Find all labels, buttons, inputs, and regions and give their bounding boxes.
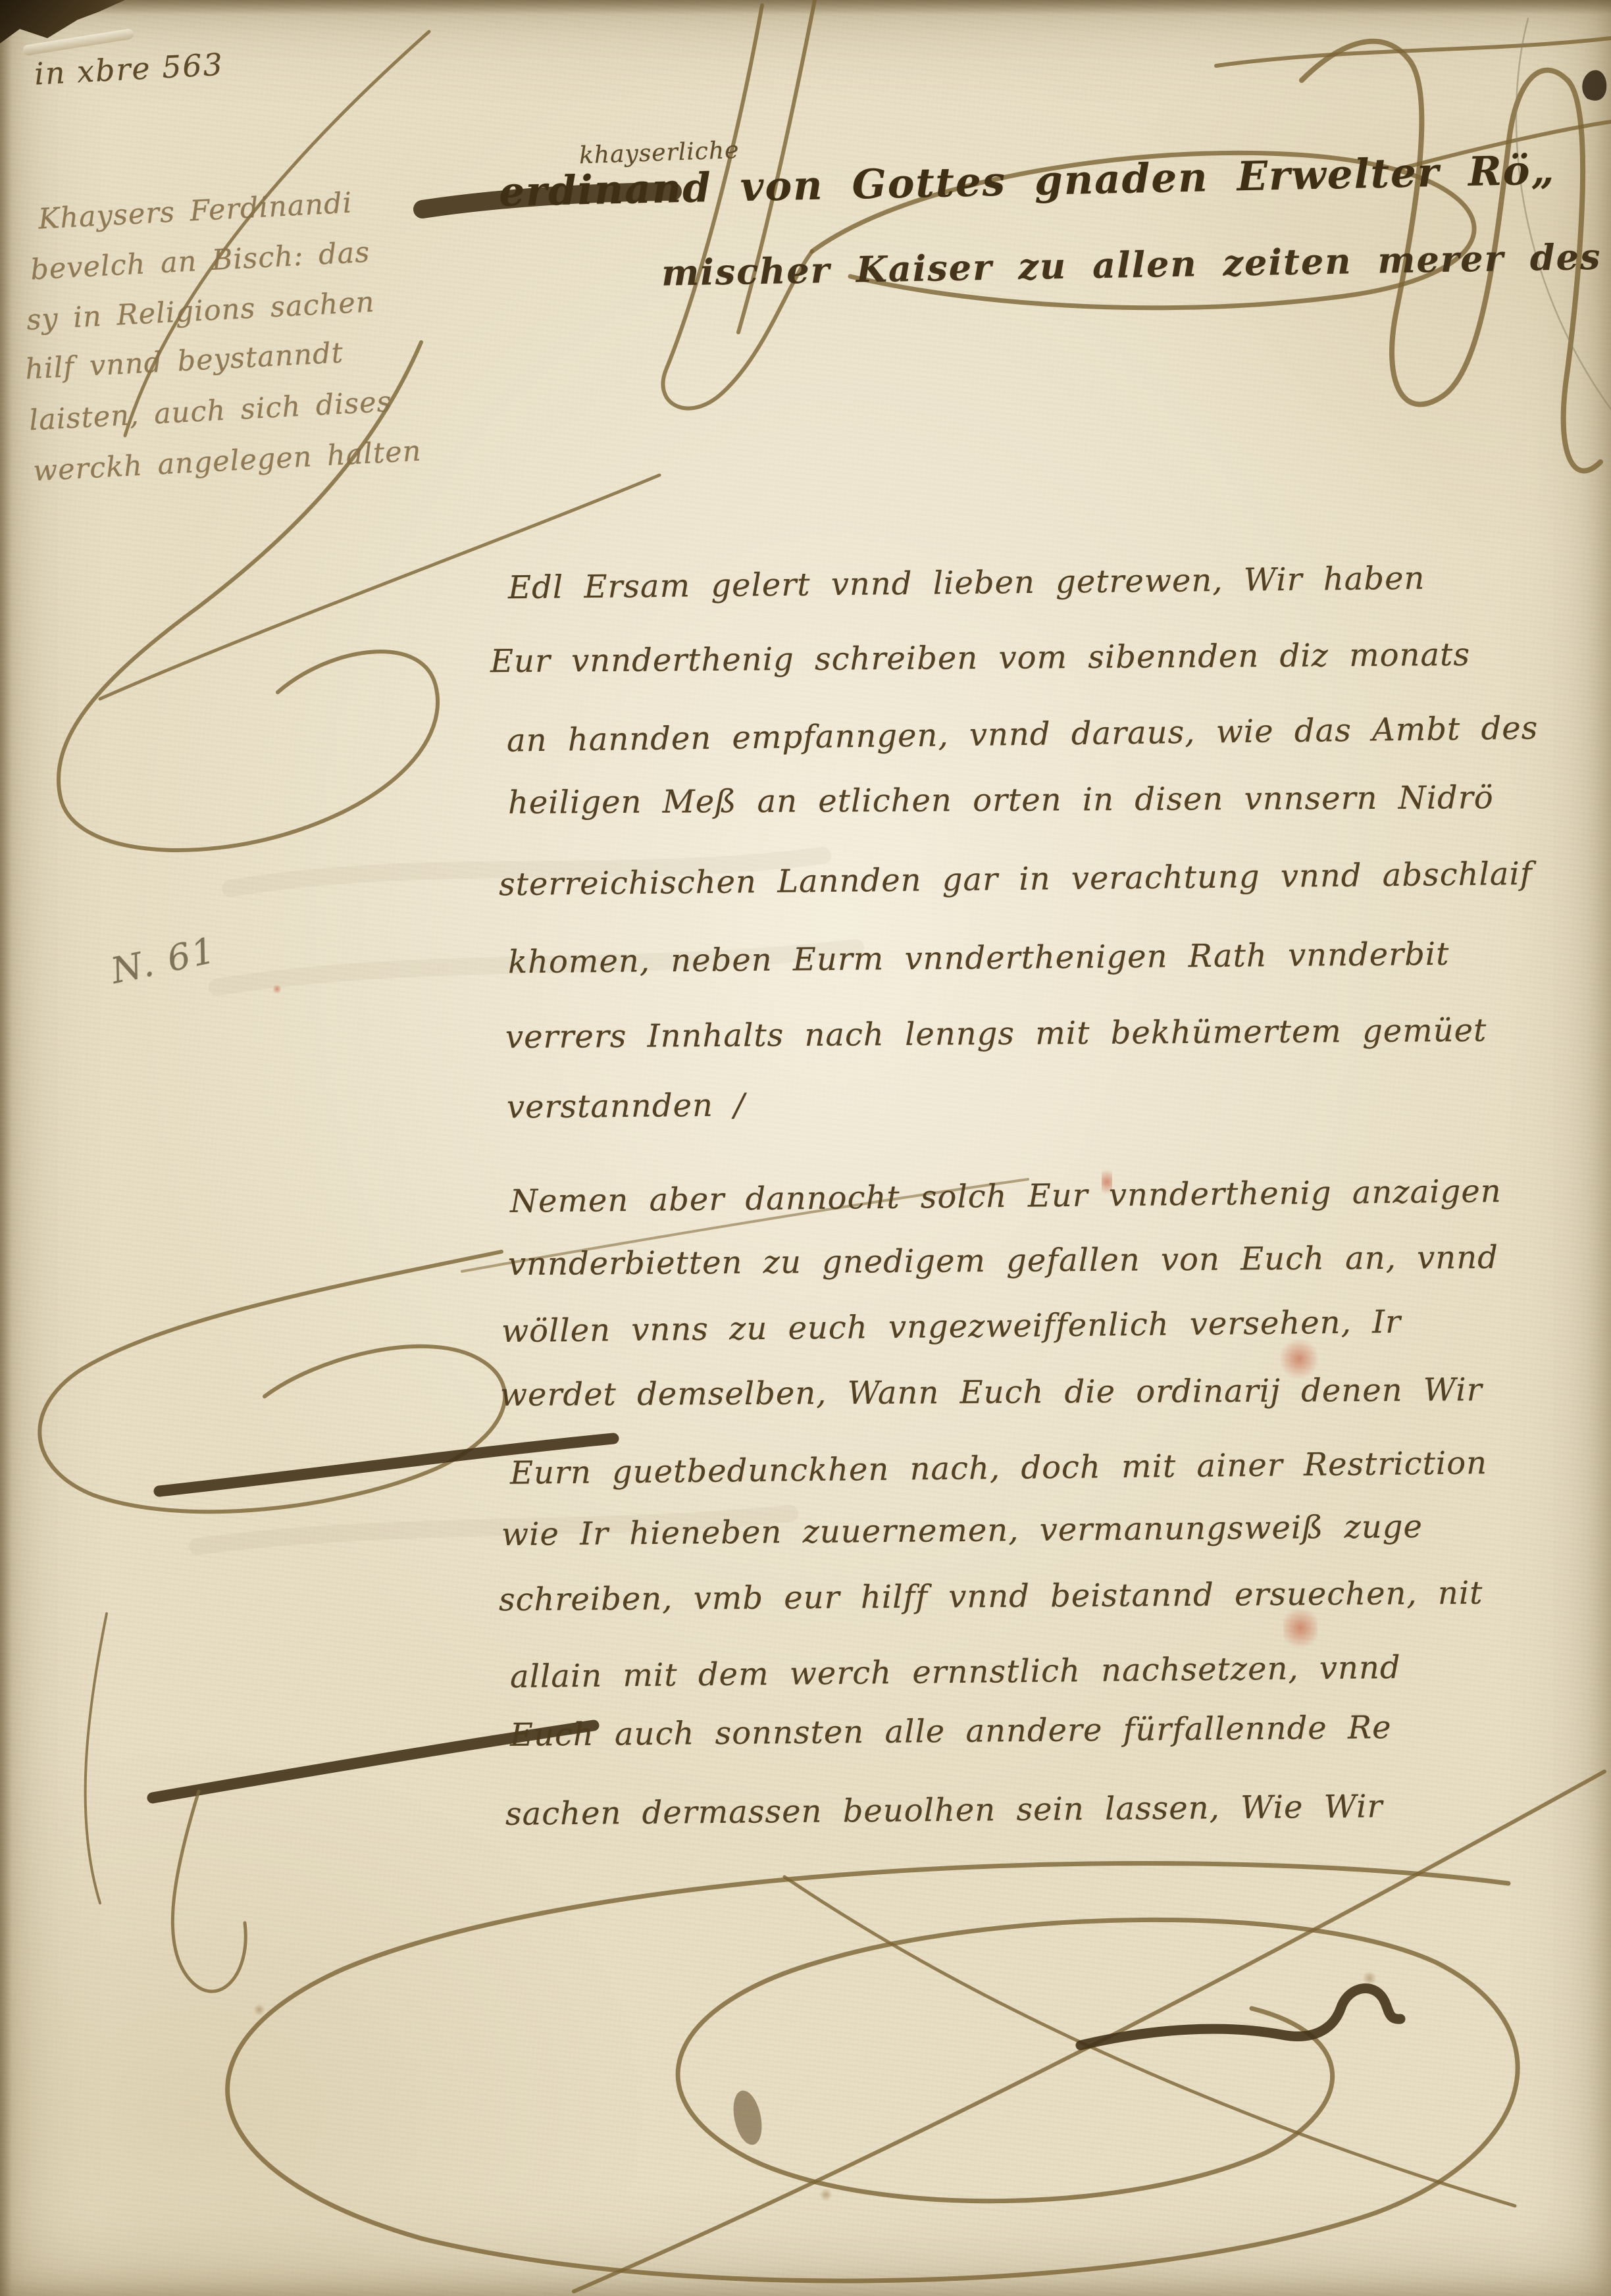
body-line: Eur vnnderthenig schreiben vom sibennden…: [490, 636, 1470, 680]
body-line: werdet demselben, Wann Euch die ordinari…: [500, 1371, 1483, 1414]
body-line: schreiben, vmb eur hilff vnnd beistannd …: [499, 1575, 1483, 1618]
body-line: verstannden /: [507, 1086, 746, 1125]
manuscript-page: in xbre 563 N. 61 khayserliche Khaysers …: [0, 0, 1611, 2296]
body-line: Euch auch sonnsten alle anndere fürfalle…: [510, 1709, 1392, 1754]
body-line: verrers Innhalts nach lenngs mit bekhüme…: [505, 1012, 1487, 1056]
body-line: sachen dermassen beuolhen sein lassen, W…: [505, 1788, 1383, 1833]
body-line: heiligen Meß an etlichen orten in disen …: [508, 779, 1494, 821]
body-line: vnnderbietten zu gnedigem gefallen von E…: [508, 1239, 1498, 1283]
